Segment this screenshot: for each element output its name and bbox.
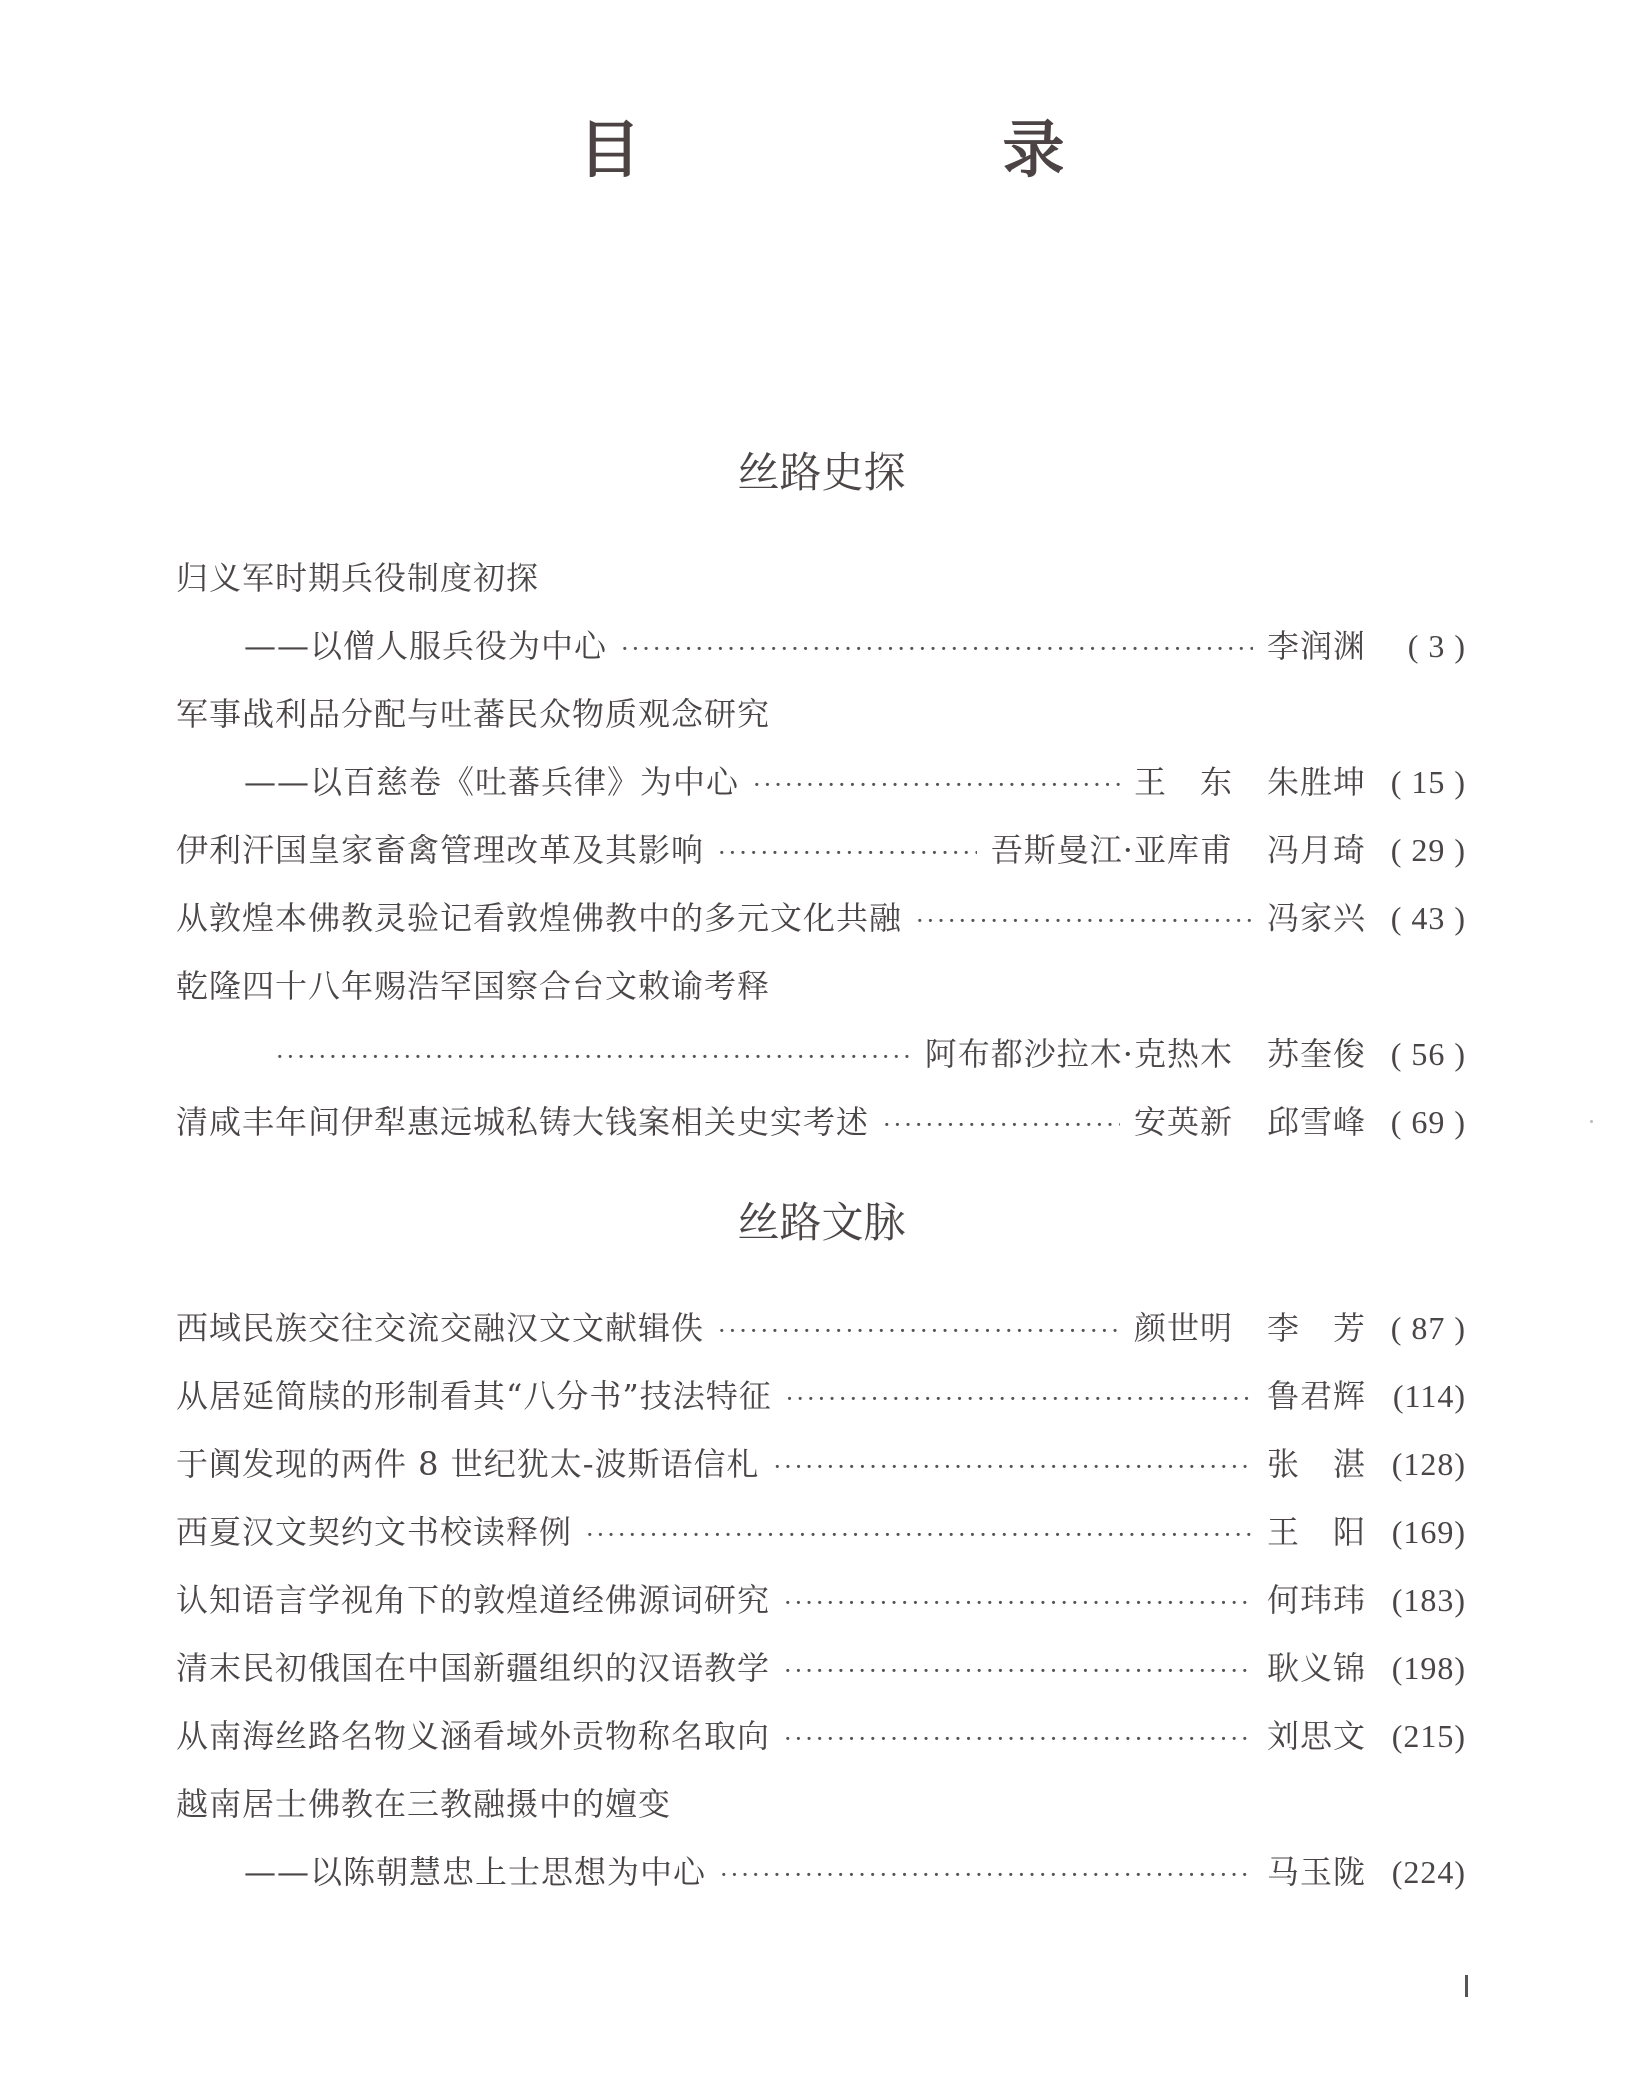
author: 张 湛	[1267, 1445, 1366, 1483]
toc-entry[interactable]: ········································…	[176, 1028, 1466, 1080]
dot-leader: ········································…	[883, 1099, 1120, 1151]
entry-title: 清咸丰年间伊犁惠远城私铸大钱案相关史实考述	[176, 1096, 869, 1148]
entry-title: 从南海丝路名物义涵看域外贡物称名取向	[176, 1710, 770, 1762]
entry-authors: 何玮玮	[1267, 1574, 1366, 1626]
entry-title: 归义军时期兵役制度初探	[176, 552, 539, 604]
dot-leader: ········································…	[276, 1031, 911, 1083]
dot-leader: ········································…	[784, 1577, 1253, 1629]
toc-entry[interactable]: 清咸丰年间伊犁惠远城私铸大钱案相关史实考述 ··················…	[176, 1096, 1466, 1148]
toc-entry[interactable]: ——以陈朝慧忠上士思想为中心 ·························…	[176, 1846, 1466, 1898]
entry-authors: 李润渊	[1267, 620, 1366, 672]
entry-authors: 冯家兴	[1267, 892, 1366, 944]
dot-leader: ········································…	[586, 1509, 1253, 1561]
dot-leader: ········································…	[718, 1305, 1120, 1357]
author: 邱雪峰	[1267, 1103, 1366, 1141]
dot-leader: ········································…	[774, 1441, 1253, 1493]
toc-entry[interactable]: 西夏汉文契约文书校读释例 ···························…	[176, 1506, 1466, 1558]
entry-title: 认知语言学视角下的敦煌道经佛源词研究	[176, 1574, 770, 1626]
entry-authors: 颜世明李 芳	[1134, 1302, 1366, 1354]
toc-entry[interactable]: 从南海丝路名物义涵看域外贡物称名取向 ·····················…	[176, 1710, 1466, 1762]
page-number: (215)	[1366, 1710, 1466, 1762]
section-title-silk-road-history: 丝路史探	[0, 440, 1643, 500]
entry-authors: 吾斯曼江·亚库甫冯月琦	[991, 824, 1366, 876]
entry-authors: 耿义锦	[1267, 1642, 1366, 1694]
page-number: ( 87 )	[1366, 1302, 1466, 1354]
dot-leader: ········································…	[753, 759, 1120, 811]
author: 朱胜坤	[1267, 763, 1366, 801]
page-number: ( 3 )	[1366, 620, 1466, 672]
entry-authors: 王 东朱胜坤	[1134, 756, 1366, 808]
page-number: ( 29 )	[1366, 824, 1466, 876]
toc-entry[interactable]: 西域民族交往交流交融汉文文献辑佚 ·······················…	[176, 1302, 1466, 1354]
entry-title: 伊利汗国皇家畜禽管理改革及其影响	[176, 824, 704, 876]
entry-authors: 鲁君辉	[1267, 1370, 1366, 1422]
toc-entry[interactable]: 伊利汗国皇家畜禽管理改革及其影响 ·······················…	[176, 824, 1466, 876]
dot-leader: ········································…	[720, 1849, 1253, 1901]
author: 刘思文	[1267, 1717, 1366, 1755]
author: 李 芳	[1267, 1309, 1366, 1347]
author: 鲁君辉	[1267, 1377, 1366, 1415]
page-number: (198)	[1366, 1642, 1466, 1694]
author: 苏奎俊	[1267, 1035, 1366, 1073]
page-number: (224)	[1366, 1846, 1466, 1898]
page-number: ( 15 )	[1366, 756, 1466, 808]
entry-title: 越南居士佛教在三教融摄中的嬗变	[176, 1778, 671, 1830]
dot-leader: ········································…	[784, 1713, 1253, 1765]
page-number: ( 69 )	[1366, 1096, 1466, 1148]
section-title-silk-road-culture: 丝路文脉	[0, 1190, 1643, 1250]
author: 冯月琦	[1267, 831, 1366, 869]
entry-authors: 王 阳	[1267, 1506, 1366, 1558]
author: 王 东	[1134, 763, 1233, 801]
entry-title: 西夏汉文契约文书校读释例	[176, 1506, 572, 1558]
entry-title: 乾隆四十八年赐浩罕国察合台文敕谕考释	[176, 960, 770, 1012]
author: 何玮玮	[1267, 1581, 1366, 1619]
entry-title: 清末民初俄国在中国新疆组织的汉语教学	[176, 1642, 770, 1694]
author: 冯家兴	[1267, 899, 1366, 937]
page-number: (183)	[1366, 1574, 1466, 1626]
toc-entry-title: 归义军时期兵役制度初探	[176, 552, 1466, 604]
author: 王 阳	[1267, 1513, 1366, 1551]
entry-subtitle: ——以陈朝慧忠上士思想为中心	[176, 1846, 706, 1898]
entry-title: 从敦煌本佛教灵验记看敦煌佛教中的多元文化共融	[176, 892, 902, 944]
toc-entry[interactable]: 认知语言学视角下的敦煌道经佛源词研究 ·····················…	[176, 1574, 1466, 1626]
dot-leader: ········································…	[786, 1373, 1253, 1425]
toc-entry-title: 越南居士佛教在三教融摄中的嬗变	[176, 1778, 1466, 1830]
entry-title: 西域民族交往交流交融汉文文献辑佚	[176, 1302, 704, 1354]
entry-authors: 阿布都沙拉木·克热木苏奎俊	[925, 1028, 1366, 1080]
author: 马玉陇	[1267, 1853, 1366, 1891]
page-number: ( 56 )	[1366, 1028, 1466, 1080]
toc-entry[interactable]: 清末民初俄国在中国新疆组织的汉语教学 ·····················…	[176, 1642, 1466, 1694]
author: 吾斯曼江·亚库甫	[991, 831, 1233, 869]
dot-leader: ········································…	[916, 895, 1253, 947]
entry-subtitle: ——以僧人服兵役为中心	[176, 620, 607, 672]
page-number: (128)	[1366, 1438, 1466, 1490]
page-number: (114)	[1366, 1370, 1466, 1422]
author: 阿布都沙拉木·克热木	[925, 1035, 1233, 1073]
entry-title: 于阗发现的两件 8 世纪犹太-波斯语信札	[176, 1438, 760, 1490]
page-number: ( 43 )	[1366, 892, 1466, 944]
toc-entry-title: 军事战利品分配与吐蕃民众物质观念研究	[176, 688, 1466, 740]
toc-entry-title: 乾隆四十八年赐浩罕国察合台文敕谕考释	[176, 960, 1466, 1012]
toc-entry[interactable]: 从居延简牍的形制看其“八分书”技法特征 ····················…	[176, 1370, 1466, 1422]
dot-leader: ········································…	[621, 623, 1253, 675]
dot-leader: ········································…	[718, 827, 977, 879]
scan-speck	[1590, 1120, 1593, 1123]
entry-authors: 刘思文	[1267, 1710, 1366, 1762]
author: 耿义锦	[1267, 1649, 1366, 1687]
toc-entry[interactable]: 从敦煌本佛教灵验记看敦煌佛教中的多元文化共融 ·················…	[176, 892, 1466, 944]
entry-authors: 安英新邱雪峰	[1134, 1096, 1366, 1148]
page-title: 目 录	[0, 100, 1643, 189]
author: 颜世明	[1134, 1309, 1233, 1347]
toc-entry[interactable]: 于阗发现的两件 8 世纪犹太-波斯语信札 ···················…	[176, 1438, 1466, 1490]
entry-authors: 张 湛	[1267, 1438, 1366, 1490]
entry-title: 军事战利品分配与吐蕃民众物质观念研究	[176, 688, 770, 740]
toc-entry[interactable]: ——以百慈卷《吐蕃兵律》为中心 ························…	[176, 756, 1466, 808]
dot-leader: ········································…	[784, 1645, 1253, 1697]
toc-entry[interactable]: ——以僧人服兵役为中心 ····························…	[176, 620, 1466, 672]
folio-mark	[1465, 1975, 1468, 1997]
page-number: (169)	[1366, 1506, 1466, 1558]
author: 安英新	[1134, 1103, 1233, 1141]
entry-subtitle: ——以百慈卷《吐蕃兵律》为中心	[176, 756, 739, 808]
entry-authors: 马玉陇	[1267, 1846, 1366, 1898]
entry-title: 从居延简牍的形制看其“八分书”技法特征	[176, 1370, 772, 1422]
author: 李润渊	[1267, 627, 1366, 665]
